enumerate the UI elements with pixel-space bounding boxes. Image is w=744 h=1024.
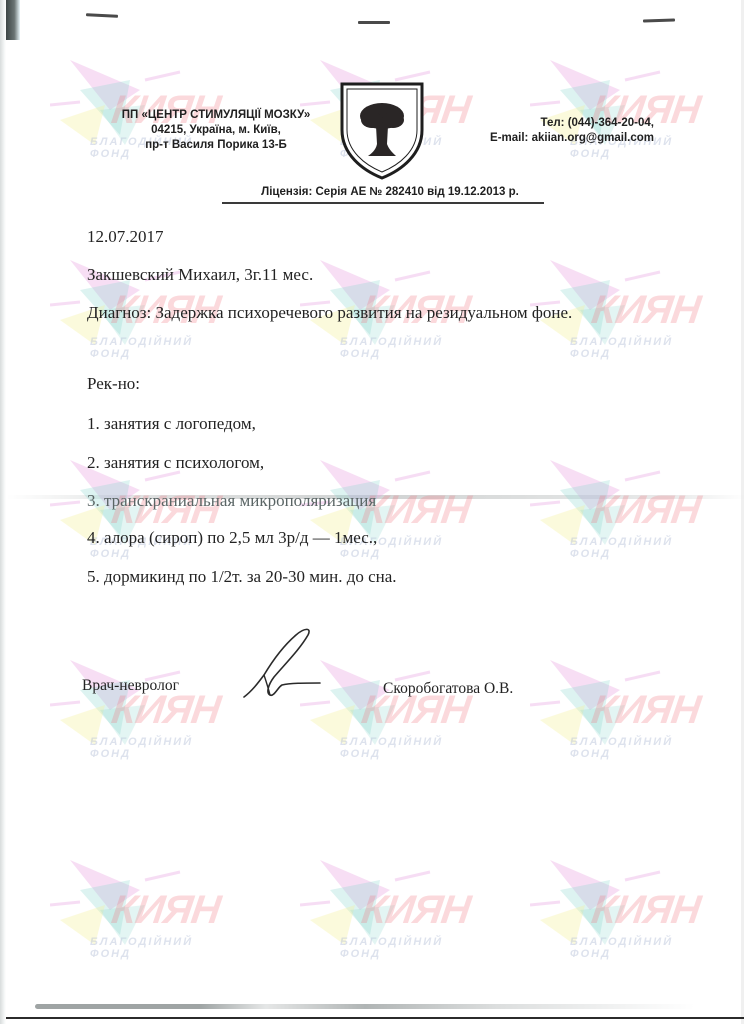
- watermark-logo: КИЯНБЛАГОДІЙНИЙ ФОНД: [530, 850, 710, 960]
- watermark-subtitle: БЛАГОДІЙНИЙ ФОНД: [570, 936, 710, 960]
- contact-info: Тел: (044)-364-20-04, E-mail: akiian.org…: [454, 116, 654, 146]
- patient-info: Закшевский Михаил, 3г.11 мес.: [87, 265, 313, 285]
- watermark-logo: КИЯНБЛАГОДІЙНИЙ ФОНД: [530, 450, 710, 560]
- watermark-subtitle: БЛАГОДІЙНИЙ ФОНД: [340, 936, 480, 960]
- watermark-logo: КИЯНБЛАГОДІЙНИЙ ФОНД: [530, 650, 710, 760]
- organization-address: ПП «ЦЕНТР СТИМУЛЯЦІЇ МОЗКУ» 04215, Украї…: [96, 108, 336, 153]
- watermark-subtitle: БЛАГОДІЙНИЙ ФОНД: [90, 936, 230, 960]
- watermark-subtitle: БЛАГОДІЙНИЙ ФОНД: [340, 336, 480, 360]
- watermark-logo: КИЯНБЛАГОДІЙНИЙ ФОНД: [50, 850, 230, 960]
- watermark-word: КИЯН: [109, 888, 223, 933]
- watermark-word: КИЯН: [589, 688, 703, 733]
- watermark-shapes-icon: [530, 450, 710, 560]
- recommendation-item: 5. дормикинд по 1/2т. за 20-30 мин. до с…: [87, 567, 397, 587]
- punch-mark: [358, 21, 390, 24]
- watermark-subtitle: БЛАГОДІЙНИЙ ФОНД: [570, 536, 710, 560]
- watermark-word: КИЯН: [589, 288, 703, 333]
- doctor-name: Скоробогатова О.В.: [383, 680, 513, 698]
- watermark-subtitle: БЛАГОДІЙНИЙ ФОНД: [340, 736, 480, 760]
- org-street: пр-т Василя Порика 13-Б: [96, 138, 336, 153]
- email: E-mail: akiian.org@gmail.com: [454, 131, 654, 146]
- document-date: 12.07.2017: [87, 227, 164, 247]
- watermark-shapes-icon: [530, 850, 710, 960]
- watermark-subtitle: БЛАГОДІЙНИЙ ФОНД: [570, 336, 710, 360]
- watermark-shapes-icon: [50, 850, 230, 960]
- diagnosis: Диагноз: Задержка психоречевого развития…: [87, 303, 572, 323]
- watermark-shapes-icon: [50, 650, 230, 760]
- org-name: ПП «ЦЕНТР СТИМУЛЯЦІЇ МОЗКУ»: [96, 108, 336, 123]
- scan-shadow-top-left: [6, 0, 20, 40]
- license-line: Ліцензія: Серія АЕ № 282410 від 19.12.20…: [230, 186, 550, 198]
- watermark-shapes-icon: [300, 850, 480, 960]
- tree-shield-icon: [336, 78, 428, 182]
- recommendations-label: Рек-но:: [87, 374, 140, 394]
- handwritten-signature-icon: [238, 625, 338, 705]
- watermark-word: КИЯН: [589, 888, 703, 933]
- doctor-role: Врач-невролог: [82, 677, 179, 695]
- scan-edge-left: [0, 0, 6, 1024]
- watermark-logo: КИЯНБЛАГОДІЙНИЙ ФОНД: [300, 850, 480, 960]
- recommendation-item: 2. занятия с психологом,: [87, 453, 264, 473]
- bottom-edge-rule: [6, 1017, 744, 1019]
- punch-mark: [86, 13, 118, 18]
- watermark-shapes-icon: [530, 650, 710, 760]
- watermark-word: КИЯН: [359, 888, 473, 933]
- scan-smear: [35, 1004, 695, 1009]
- recommendation-item: 4. алора (сироп) по 2,5 мл 3р/д — 1мес.,: [87, 528, 377, 548]
- watermark-subtitle: БЛАГОДІЙНИЙ ФОНД: [90, 336, 230, 360]
- phone: Тел: (044)-364-20-04,: [454, 116, 654, 131]
- header-rule: [222, 202, 544, 204]
- recommendation-item: 1. занятия с логопедом,: [87, 414, 256, 434]
- punch-mark: [643, 18, 675, 22]
- watermark-logo: КИЯНБЛАГОДІЙНИЙ ФОНД: [50, 650, 230, 760]
- watermark-subtitle: БЛАГОДІЙНИЙ ФОНД: [570, 736, 710, 760]
- recommendation-item: 3. транскраниальная микрополяризация: [87, 491, 376, 511]
- watermark-subtitle: БЛАГОДІЙНИЙ ФОНД: [90, 736, 230, 760]
- org-city: 04215, Україна, м. Київ,: [96, 123, 336, 138]
